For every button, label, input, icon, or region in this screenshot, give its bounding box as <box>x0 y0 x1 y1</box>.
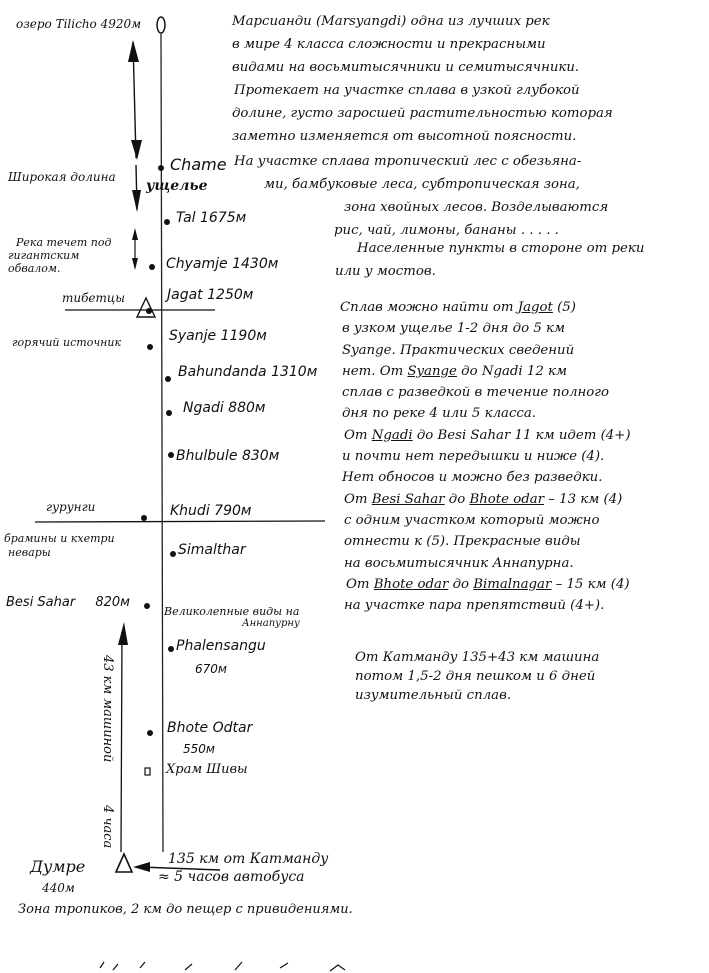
place-besi-sahar: Besi Sahar 820м <box>6 595 130 610</box>
text-segment: и почти нет передышки и ниже (4). <box>342 449 604 464</box>
text-line: в узком ущелье 1-2 дня до 5 км <box>340 318 631 339</box>
text-line: Сплав можно найти от Jagot (5) <box>340 297 631 318</box>
note-gorge: ущелье <box>146 178 208 194</box>
place-name: Khudi <box>170 503 210 519</box>
text-line: на восьмитысячник Аннапурна. <box>340 553 631 574</box>
place-bhote-odtar: Bhote Odtar <box>167 720 252 736</box>
text-line: От Bhote odar до Bimalnagar – 15 км (4) <box>340 574 631 595</box>
place-dot-chame <box>158 165 164 171</box>
text-segment: От <box>346 577 374 592</box>
place-altitude: 830м <box>242 448 279 464</box>
text-segment: до Ngadi 12 км <box>457 364 567 379</box>
text-segment: Сплав можно найти от <box>340 300 518 315</box>
start-label-tilicho: озеро Tilicho 4920м <box>16 17 141 31</box>
note-gurung: гурунги <box>46 500 95 514</box>
underlined-place: Syange <box>407 364 457 379</box>
place-altitude: 1250м <box>207 287 253 303</box>
text-line: отнести к (5). Прекрасные виды <box>340 531 631 552</box>
note-car-time: 4 часа <box>100 805 115 848</box>
text-segment: с одним участком который можно <box>344 513 599 528</box>
place-bahundanda: Bahundanda 1310м <box>178 364 317 380</box>
place-phalensangu: Phalensangu <box>176 638 266 654</box>
place-altitude: 1310м <box>271 364 317 380</box>
text-line: на участке пара препятствий (4+). <box>340 595 631 616</box>
text-segment: – 15 км (4) <box>551 577 629 592</box>
place-dot-simalthar <box>170 551 176 557</box>
note-line: Аннапурну <box>164 618 300 630</box>
text-segment: – 13 км (4) <box>544 492 622 507</box>
underlined-place: Bimalnagar <box>473 577 551 592</box>
place-ngadi: Ngadi 880м <box>183 400 265 416</box>
place-simalthar: Simalthar <box>178 542 246 558</box>
note-tibetans: тибетцы <box>62 291 125 305</box>
text-line: дня по реке 4 или 5 класса. <box>340 403 631 424</box>
place-shiva-temple: Храм Шивы <box>166 762 248 777</box>
place-name: Bhote Odtar <box>167 720 252 736</box>
text-line: На участке сплава тропический лес с обез… <box>234 150 608 173</box>
text-line: видами на восьмитысячники и семитысячник… <box>232 56 613 79</box>
note-car-distance: 43 км машиной <box>100 655 115 762</box>
text-segment: до Besi Sahar 11 км идет (4+) <box>413 428 631 443</box>
text-segment: до <box>448 577 473 592</box>
place-name: Chame <box>170 155 227 174</box>
place-altitude: 790м <box>214 503 251 519</box>
note-wide-valley: Широкая долина <box>8 170 116 184</box>
text-segment: отнести к (5). Прекрасные виды <box>344 534 581 549</box>
text-line: нет. От Syange до Ngadi 12 км <box>340 361 631 382</box>
text-segment: дня по реке 4 или 5 класса. <box>342 406 536 421</box>
place-dot-chyamje <box>149 264 155 270</box>
place-dot-phalensangu <box>168 646 174 652</box>
place-bhulbule: Bhulbule 830м <box>176 448 279 464</box>
text-line: потом 1,5-2 дня пешком и 6 дней <box>355 667 599 686</box>
text-line: изумительный сплав. <box>355 686 599 705</box>
place-dot-bahundanda <box>165 376 171 382</box>
place-name: Bahundanda <box>178 364 267 380</box>
text-line: От Ngadi до Besi Sahar 11 км идет (4+) <box>340 425 631 446</box>
place-altitude: 820м <box>95 595 130 610</box>
text-line: или у мостов. <box>335 260 644 283</box>
place-syanje: Syanje 1190м <box>169 328 267 344</box>
place-dot-bhote-odtar <box>147 730 153 736</box>
text-segment: Syange. Практических сведений <box>342 343 574 358</box>
text-segment: на восьмитысячник Аннапурна. <box>344 556 574 571</box>
text-line: Нет обносов и можно без разведки. <box>340 467 631 488</box>
underlined-place: Besi Sahar <box>372 492 445 507</box>
text-segment: до <box>445 492 470 507</box>
text-line: Населенные пункты в стороне от реки <box>335 237 644 260</box>
place-khudi: Khudi 790м <box>170 503 251 519</box>
place-dot-bhulbule <box>168 452 174 458</box>
place-dot-syanje <box>147 344 153 350</box>
text-line: с одним участком который можно <box>340 510 631 531</box>
text-segment: в узком ущелье 1-2 дня до 5 км <box>342 321 565 336</box>
place-name: Jagat <box>167 287 203 303</box>
place-bhote-odtar-alt: 550м <box>183 742 215 756</box>
text-line: заметно изменяется от высотной поясности… <box>232 125 613 148</box>
end-place-altitude: 440м <box>42 881 75 895</box>
travel-summary-paragraph: От Катманду 135+43 км машина потом 1,5-2… <box>355 648 599 705</box>
text-line: и почти нет передышки и ниже (4). <box>340 446 631 467</box>
note-line: гигантским <box>8 249 111 262</box>
underlined-place: Bhote odar <box>374 577 449 592</box>
text-segment: (5) <box>553 300 576 315</box>
text-line: От Катманду 135+43 км машина <box>355 648 599 667</box>
text-line: Протекает на участке сплава в узкой глуб… <box>232 79 613 102</box>
text-segment: От <box>344 428 372 443</box>
text-line: Syange. Практических сведений <box>340 340 631 361</box>
place-altitude: 1190м <box>221 328 267 344</box>
bottom-note-tropics: Зона тропиков, 2 км до пещер с привидени… <box>18 902 353 917</box>
place-altitude: 880м <box>228 400 265 416</box>
text-line: От Besi Sahar до Bhote odar – 13 км (4) <box>340 489 631 510</box>
underlined-place: Bhote odar <box>469 492 544 507</box>
note-river-under-collapse: Река течет под гигантским обвалом. <box>8 236 111 275</box>
text-segment: Нет обносов и можно без разведки. <box>342 470 602 485</box>
note-line: Река течет под <box>8 236 111 249</box>
settlements-paragraph: Населенные пункты в стороне от реки или … <box>335 237 644 283</box>
place-name: Besi Sahar <box>6 595 75 610</box>
underlined-place: Ngadi <box>372 428 413 443</box>
note-line: 135 км от Катманду <box>158 850 328 868</box>
place-name: Tal <box>176 210 196 226</box>
text-line: сплав с разведкой в течение полного <box>340 382 631 403</box>
place-chame: Chame <box>170 155 227 174</box>
text-segment: нет. От <box>342 364 407 379</box>
place-jagat: Jagat 1250м <box>167 287 253 303</box>
from-kathmandu-note: 135 км от Катманду ≈ 5 часов автобуса <box>158 850 328 886</box>
note-line: Великолепные виды на <box>164 606 300 618</box>
vegetation-paragraph: На участке сплава тропический лес с обез… <box>234 150 608 242</box>
text-line: в мире 4 класса сложности и прекрасными <box>232 33 613 56</box>
place-name: Bhulbule <box>176 448 238 464</box>
place-dot-besi-sahar <box>144 603 150 609</box>
note-line: невары <box>4 546 115 560</box>
place-name: Ngadi <box>183 400 224 416</box>
place-name: Phalensangu <box>176 638 266 654</box>
note-annapurna-views: Великолепные виды на Аннапурну <box>164 606 300 630</box>
note-brahmins: брамины и кхетри невары <box>4 532 115 560</box>
text-segment: От <box>344 492 372 507</box>
place-dot-khudi <box>141 515 147 521</box>
text-segment: на участке пара препятствий (4+). <box>344 598 604 613</box>
rafting-paragraph: Сплав можно найти от Jagot (5)в узком ущ… <box>340 297 631 616</box>
underlined-place: Jagot <box>518 300 553 315</box>
note-hot-spring: горячий источник <box>12 336 121 349</box>
place-dot-tal <box>164 219 170 225</box>
place-name: Chyamje <box>166 256 228 272</box>
note-line: брамины и кхетри <box>4 532 115 546</box>
place-name: Simalthar <box>178 542 246 558</box>
text-line: зона хвойных лесов. Возделываются <box>234 196 608 219</box>
end-place-name: Думре <box>30 857 85 876</box>
note-line: ≈ 5 часов автобуса <box>158 868 328 886</box>
place-name: Syanje <box>169 328 216 344</box>
text-line: ми, бамбуковые леса, субтропическая зона… <box>234 173 608 196</box>
text-line: Марсианди (Marsyangdi) одна из лучших ре… <box>232 10 613 33</box>
place-phalensangu-alt: 670м <box>195 662 227 676</box>
place-chyamje: Chyamje 1430м <box>166 256 278 272</box>
place-dot-ngadi <box>166 410 172 416</box>
note-line: обвалом. <box>8 262 111 275</box>
text-segment: сплав с разведкой в течение полного <box>342 385 609 400</box>
river-intro-paragraph: Марсианди (Marsyangdi) одна из лучших ре… <box>232 10 613 148</box>
text-line: долине, густо заросшей растительностью к… <box>232 102 613 125</box>
place-altitude: 1430м <box>232 256 278 272</box>
